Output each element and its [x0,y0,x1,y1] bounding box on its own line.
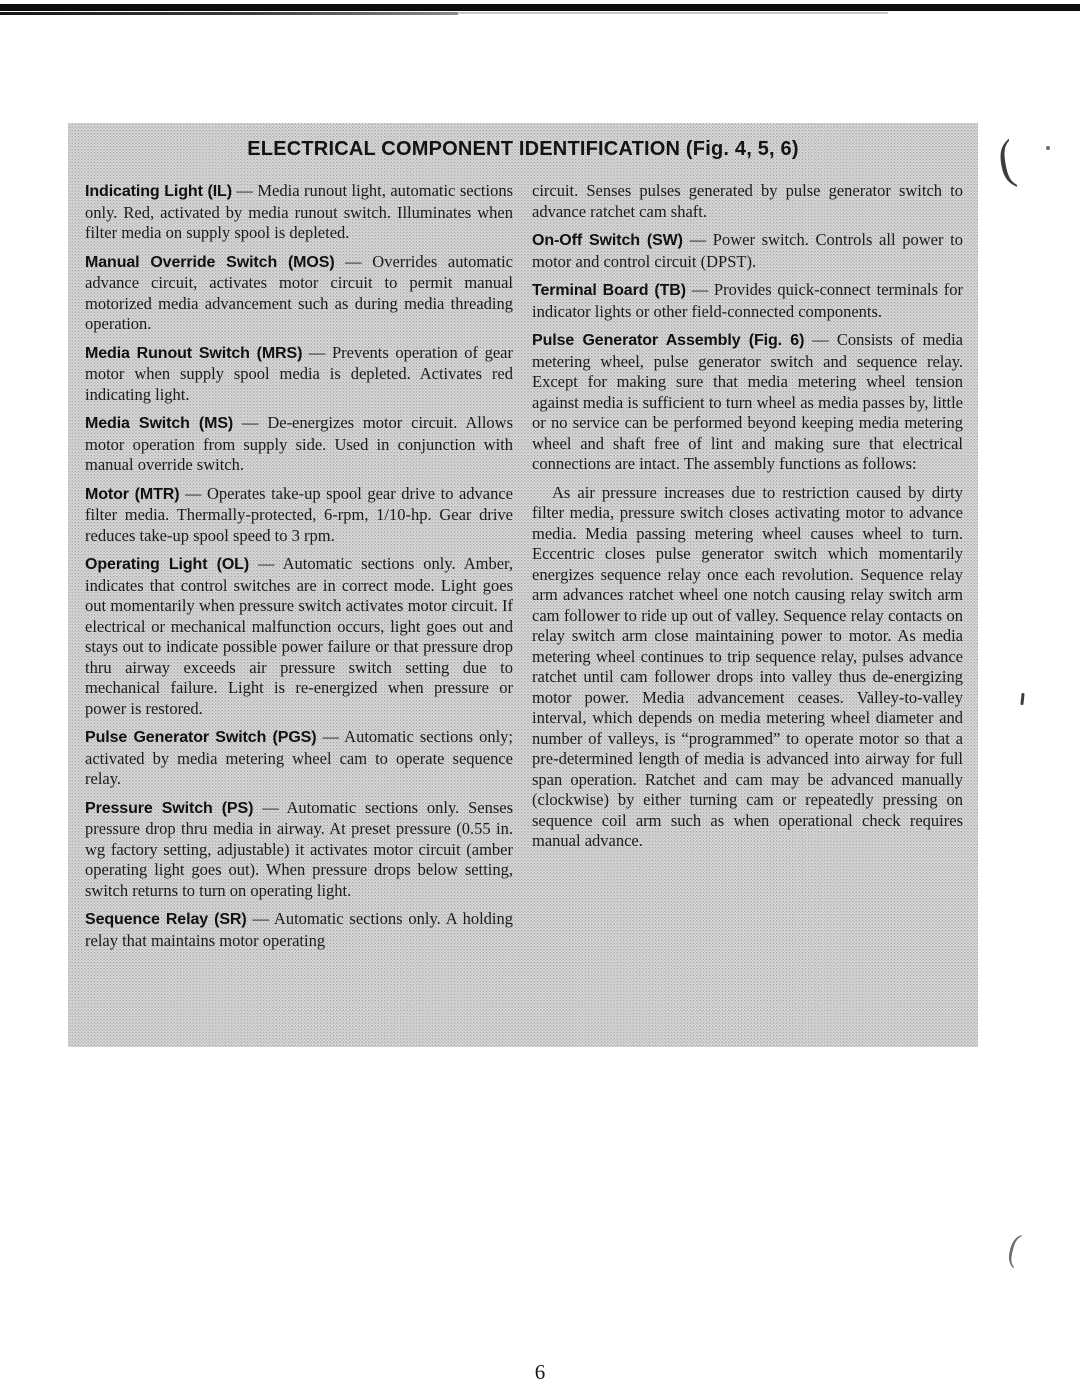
scan-artifact-line-faint [458,12,888,14]
entry-indicating-light: Indicating Light (IL) — Media runout lig… [85,181,513,244]
right-column: circuit. Senses pulses generated by puls… [532,181,963,860]
entry-text: — Consists of media metering wheel, puls… [532,330,963,473]
entry-media-runout-switch: Media Runout Switch (MRS) — Prevents ope… [85,343,513,406]
entry-pulse-generator-switch: Pulse Generator Switch (PGS) — Automatic… [85,727,513,790]
entry-operation-narrative: As air pressure increases due to restric… [532,483,963,852]
section-title: ELECTRICAL COMPONENT IDENTIFICATION (Fig… [68,138,978,161]
entry-terminal-board: Terminal Board (TB) — Provides quick-con… [532,280,963,322]
entry-term: Manual Override Switch (MOS) [85,254,335,271]
entry-text: circuit. Senses pulses generated by puls… [532,181,963,221]
entry-term: Terminal Board (TB) [532,282,686,299]
entry-term: Media Switch (MS) [85,415,233,432]
pen-mark-paren-bottom: ( [1004,1225,1024,1270]
entry-on-off-switch: On-Off Switch (SW) — Power switch. Contr… [532,230,963,272]
entry-term: Motor (MTR) [85,486,179,503]
entry-motor: Motor (MTR) — Operates take-up spool gea… [85,484,513,547]
entry-term: Indicating Light (IL) [85,183,232,200]
entry-text: — Automatic sections only. Amber, indica… [85,554,513,718]
left-column: Indicating Light (IL) — Media runout lig… [85,181,513,959]
entry-term: Operating Light (OL) [85,556,249,573]
page-number: 6 [0,1360,1080,1385]
scan-artifact-line [0,12,458,15]
pen-mark-paren-top: ( [993,127,1019,191]
entry-pulse-generator-assembly: Pulse Generator Assembly (Fig. 6) — Cons… [532,330,963,475]
entry-operating-light: Operating Light (OL) — Automatic section… [85,554,513,719]
tick-mark [1020,693,1024,705]
entry-text: As air pressure increases due to restric… [532,483,963,851]
entry-manual-override-switch: Manual Override Switch (MOS) — Overrides… [85,252,513,335]
entry-sequence-relay: Sequence Relay (SR) — Automatic sections… [85,909,513,951]
entry-term: Sequence Relay (SR) [85,911,247,928]
scan-artifact-bar [0,4,1080,11]
entry-pressure-switch: Pressure Switch (PS) — Automatic section… [85,798,513,902]
entry-term: Pressure Switch (PS) [85,800,253,817]
entry-term: Media Runout Switch (MRS) [85,345,302,362]
entry-media-switch: Media Switch (MS) — De-energizes motor c… [85,413,513,476]
scanned-manual-page: ELECTRICAL COMPONENT IDENTIFICATION (Fig… [0,0,1080,1397]
entry-sequence-relay-continuation: circuit. Senses pulses generated by puls… [532,181,963,222]
shaded-text-panel: ELECTRICAL COMPONENT IDENTIFICATION (Fig… [68,123,978,1047]
ink-dot-mark [1046,146,1050,150]
entry-term: Pulse Generator Switch (PGS) [85,729,316,746]
entry-term: Pulse Generator Assembly (Fig. 6) [532,332,804,349]
entry-term: On-Off Switch (SW) [532,232,683,249]
